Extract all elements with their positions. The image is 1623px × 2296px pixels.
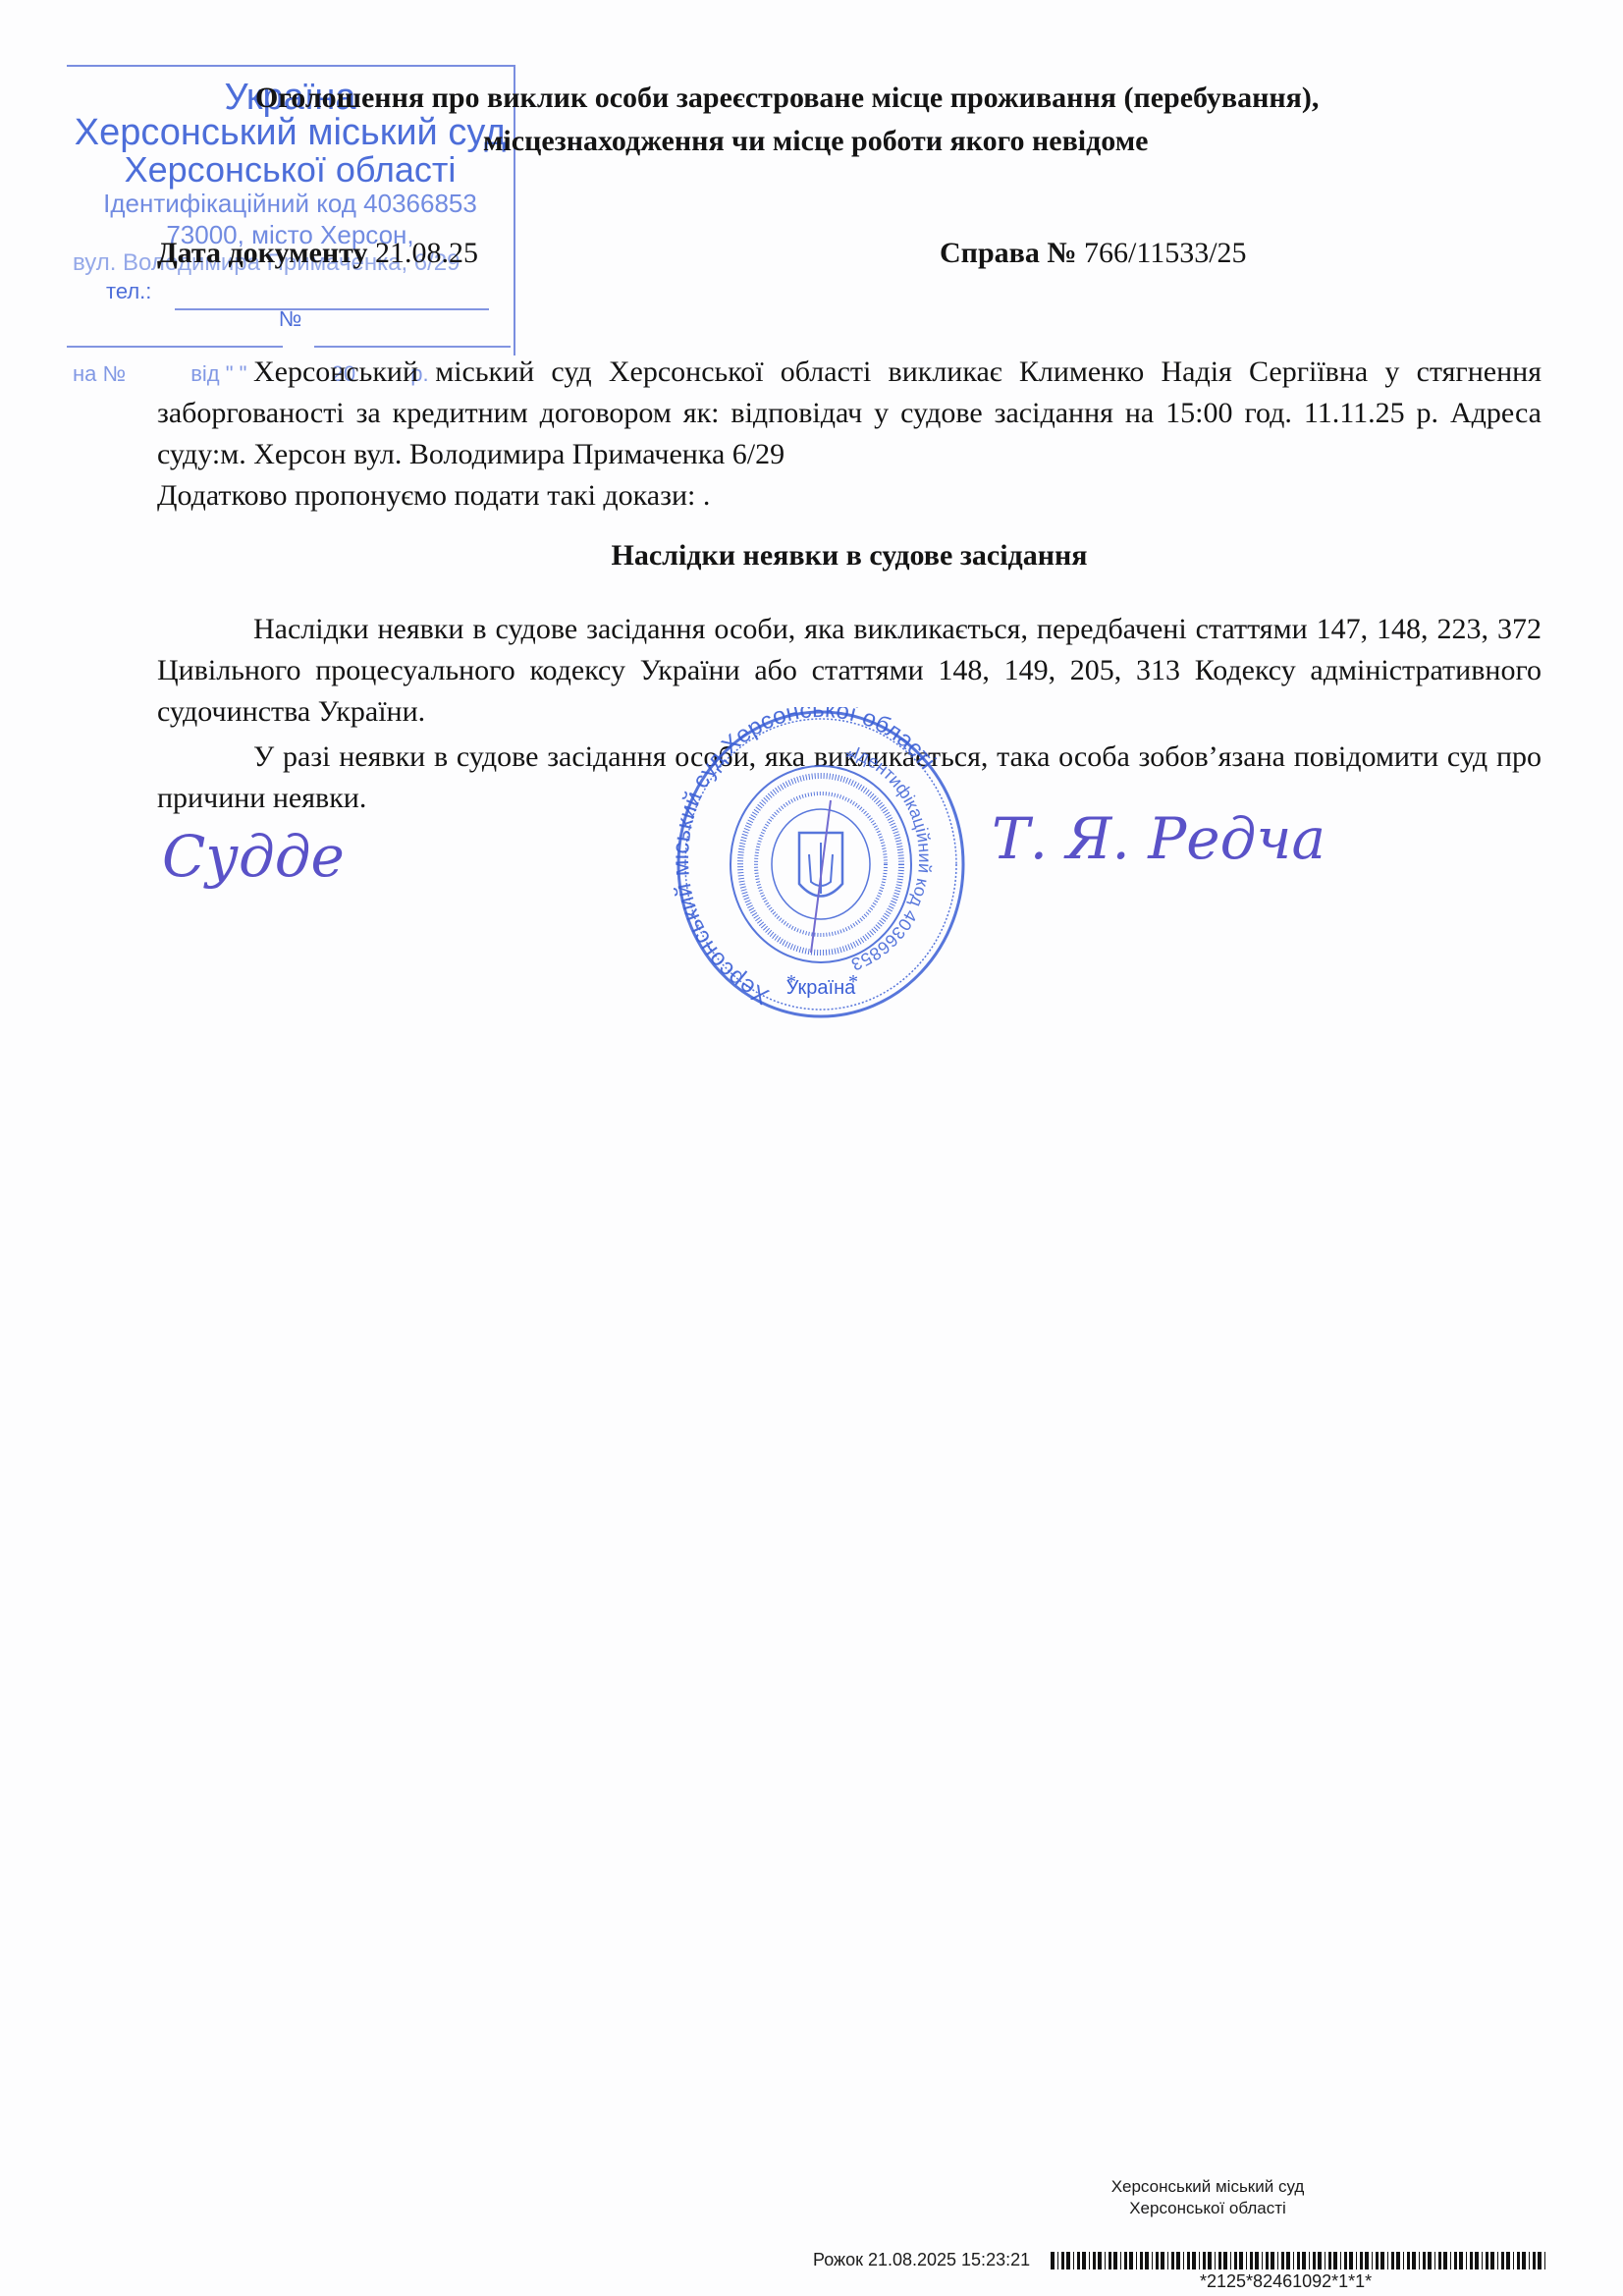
stamp-number-line-right (314, 346, 511, 348)
court-seal-icon: Херсонський міський суд Херсонської обла… (674, 707, 968, 1021)
document-title: Оголошення про виклик особи зареєстрован… (255, 77, 1532, 163)
case-number: Справа № 766/11533/25 (940, 236, 1247, 271)
stamp-number-label: № (67, 306, 514, 332)
consequences-heading: Наслідки неявки в судове засідання (157, 536, 1542, 575)
date-label: Дата документу (157, 237, 367, 269)
title-line-1: Оголошення про виклик особи зареєстрован… (255, 77, 1532, 120)
stamp-id-code: Ідентифікаційний код 40366853 (67, 189, 514, 219)
stamp-phone-label: тел.: (106, 279, 553, 304)
document-date: Дата документу 21.08.25 (157, 236, 478, 271)
svg-text:Україна: Україна (786, 977, 856, 999)
footer-court-line-1: Херсонський міський суд (1021, 2176, 1394, 2198)
stamp-number-line-left (67, 346, 283, 348)
court-seal: Херсонський міський суд Херсонської обла… (674, 707, 968, 1021)
barcode-icon (1051, 2252, 1546, 2269)
footer-court-line-2: Херсонської області (1021, 2198, 1394, 2219)
summons-paragraph: Херсонський міський суд Херсонської обла… (157, 352, 1542, 475)
signature-judge-label: Судде (162, 823, 345, 890)
svg-text:*: * (848, 971, 858, 993)
case-label: Справа № (940, 237, 1076, 269)
svg-text:*: * (845, 747, 855, 769)
signature-judge-name: Т. Я. Редча (992, 805, 1325, 872)
case-value: 766/11533/25 (1084, 237, 1247, 269)
evidence-line: Додатково пропонуємо подати такі докази:… (157, 475, 1542, 517)
date-value: 21.08.25 (375, 237, 478, 269)
svg-text:Херсонський міський суд Херсон: Херсонський міський суд Херсонської обла… (674, 707, 941, 1010)
footer-operator-timestamp: Рожок 21.08.2025 15:23:21 (813, 2250, 1030, 2270)
title-line-2: місцезнаходження чи місце роботи якого н… (255, 120, 1532, 163)
summons-section: Херсонський міський суд Херсонської обла… (157, 352, 1542, 517)
svg-text:*: * (786, 971, 796, 993)
footer-court: Херсонський міський суд Херсонської обла… (1021, 2176, 1394, 2219)
stamp-ref-prefix: на № (73, 361, 126, 386)
barcode-text: *2125*82461092*1*1* (1200, 2271, 1372, 2292)
